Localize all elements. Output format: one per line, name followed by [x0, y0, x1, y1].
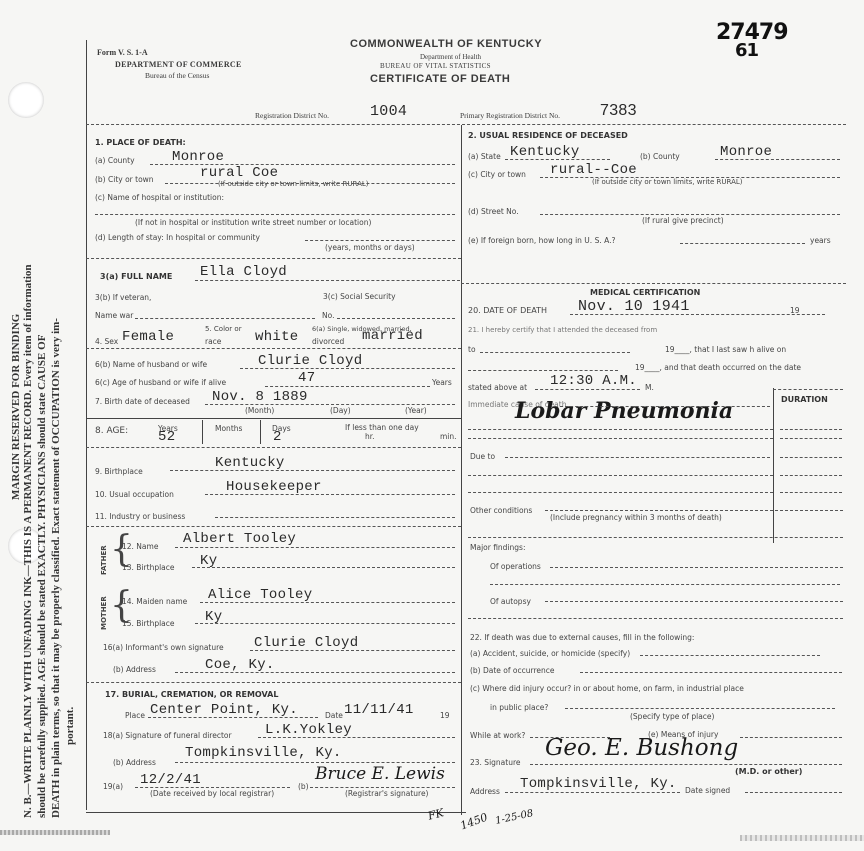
annotation-1450: 1450 [459, 811, 490, 833]
form-id: Form V. S. 1-A [97, 48, 148, 57]
means-line [740, 737, 842, 738]
date-signed-line [745, 792, 842, 793]
margin-note-line-3: DEATH in plain terms, so that it may be … [50, 318, 62, 818]
spouse-age-unit: Years [432, 378, 452, 387]
autopsy-line [545, 601, 843, 602]
informant-addr-label: (b) Address [113, 665, 156, 674]
marital-label-2: divorced [312, 337, 344, 346]
pod-county-line [150, 164, 455, 165]
burial-addr-value[interactable]: Tompkinsville, Ky. [185, 745, 342, 761]
age-hr: hr. [365, 432, 375, 441]
industry-row-rule [86, 526, 461, 527]
age-divider-2 [260, 420, 261, 444]
burial-date-label: Date [325, 711, 343, 720]
birth-date-label: 7. Birth date of deceased [95, 397, 190, 406]
res-city-value[interactable]: rural--Coe [550, 162, 637, 178]
res-street-label: (d) Street No. [468, 207, 519, 216]
spouse-value[interactable]: Clurie Cloyd [258, 353, 362, 369]
pod-hospital-hint: (If not in hospital or institution write… [135, 218, 371, 227]
social-security-label: 3(c) Social Security [323, 292, 396, 301]
autopsy-label: Of autopsy [490, 597, 531, 606]
duration-top-line [773, 389, 843, 390]
duration-line-3 [780, 457, 842, 458]
duration-line-5 [780, 492, 842, 493]
physician-addr-value[interactable]: Tompkinsville, Ky. [520, 776, 677, 792]
certify-line-3-line [468, 370, 618, 371]
registrar-sig-label: (b) [298, 782, 309, 791]
spouse-age-value[interactable]: 47 [298, 370, 315, 386]
informant-rule [86, 682, 461, 683]
birthplace-value[interactable]: Kentucky [215, 455, 285, 471]
age-months-label: Months [215, 424, 242, 433]
dod-label: 20. DATE OF DEATH [468, 306, 547, 315]
burial-place-line [148, 717, 318, 718]
registrar-sig-hint: (Registrar's signature) [345, 789, 428, 798]
sex-value[interactable]: Female [122, 329, 174, 345]
margin-note-line-2: should be carefully supplied. AGE should… [36, 335, 48, 818]
time-line [535, 389, 640, 390]
annotation-fk: FK [427, 806, 446, 823]
physician-addr-line [505, 792, 680, 793]
margin-note-line-4: portant. [64, 707, 76, 745]
father-name-label: 12. Name [122, 542, 158, 551]
form-bottom-border [86, 812, 466, 813]
scan-edge-bottom-left [0, 830, 110, 835]
certify-line-1: 21. I hereby certify that I attended the… [468, 326, 657, 334]
other-conditions-label: Other conditions [470, 506, 532, 515]
res-city-label: (c) City or town [468, 170, 526, 179]
ss-no-line [337, 318, 455, 319]
primary-reg-value[interactable]: 7383 [600, 102, 637, 120]
burial-place-label: Place [125, 711, 145, 720]
marital-value[interactable]: married [362, 328, 423, 344]
file-sub-stamp: 61 [735, 40, 758, 61]
time-value[interactable]: 12:30 A.M. [550, 373, 637, 389]
due-to-line-1 [505, 457, 770, 458]
physician-addr-label: Address [470, 787, 500, 796]
res-state-value[interactable]: Kentucky [510, 144, 580, 160]
cause-line-2 [468, 429, 773, 430]
birth-year-hint: (Year) [405, 406, 427, 415]
pod-city-value[interactable]: rural Coe [200, 165, 278, 181]
other-conditions-line-2 [468, 537, 843, 538]
pod-stay-hint: (years, months or days) [325, 243, 415, 252]
mother-birth-line [195, 623, 455, 624]
duration-line-2 [780, 438, 842, 439]
director-label: 18(a) Signature of funeral director [103, 731, 232, 740]
age-divider-1 [202, 420, 203, 444]
industry-label: 11. Industry or business [95, 512, 185, 521]
operations-line [550, 567, 843, 568]
mother-tag: MOTHER [100, 596, 108, 630]
res-street-line [540, 214, 840, 215]
res-state-line [505, 159, 610, 160]
res-city-hint: (If outside city or town limits, write R… [592, 178, 743, 186]
veteran-label: 3(b) If veteran, [95, 293, 151, 302]
duration-line-1 [780, 429, 842, 430]
due-to-line-2 [468, 475, 773, 476]
medical-heading: MEDICAL CERTIFICATION [590, 288, 700, 297]
informant-addr-line [175, 672, 455, 673]
margin-note-line-1: N. B.—WRITE PLAINLY WITH UNFADING INK—TH… [22, 264, 34, 818]
bureau: Bureau of the Census [145, 71, 209, 80]
mother-name-value[interactable]: Alice Tooley [208, 587, 312, 603]
time-suffix: M. [645, 383, 654, 392]
certify-line-3: 19____, and that death occurred on the d… [635, 363, 801, 372]
pod-county-value[interactable]: Monroe [172, 149, 224, 165]
dod-suffix: 19 [790, 306, 800, 315]
time-label: stated above at [468, 383, 527, 392]
age-years-value[interactable]: 52 [158, 429, 175, 445]
birth-day-hint: (Day) [330, 406, 351, 415]
cause-line-3 [468, 438, 773, 439]
certify-to: to [468, 345, 476, 354]
form-middle-divider [461, 125, 462, 815]
scan-edge-bottom-right [740, 835, 864, 841]
physician-sig-line [530, 764, 842, 765]
findings-label: Major findings: [470, 543, 525, 552]
cause-line-1 [560, 406, 770, 407]
certify-to-line [480, 352, 630, 353]
form-left-border [86, 40, 87, 810]
informant-sig-label: 16(a) Informant's own signature [103, 643, 224, 652]
burial-year-suffix: 19 [440, 711, 450, 720]
department: DEPARTMENT OF COMMERCE [115, 60, 242, 69]
war-line [135, 318, 315, 319]
res-state-label: (a) State [468, 152, 501, 161]
res-foreign-unit: years [810, 236, 831, 245]
md-hint: (M.D. or other) [735, 767, 802, 776]
spouse-line [240, 368, 455, 369]
residence-heading: 2. USUAL RESIDENCE OF DECEASED [468, 131, 628, 140]
annotation-date: 1-25-08 [494, 808, 534, 827]
burial-heading: 17. BURIAL, CREMATION, OR REMOVAL [105, 690, 278, 699]
res-county-line [715, 159, 840, 160]
war-label: Name war [95, 311, 133, 320]
birthplace-label: 9. Birthplace [95, 467, 143, 476]
father-name-value[interactable]: Albert Tooley [183, 531, 296, 547]
father-birth-line [192, 567, 455, 568]
pod-city-line [165, 183, 455, 184]
age-less-day: If less than one day [345, 423, 419, 432]
public-place-label: in public place? [490, 703, 548, 712]
due-to-label: Due to [470, 452, 495, 461]
certify-line-2: 19____, that I last saw h alive on [665, 345, 786, 354]
due-to-line-3 [468, 492, 773, 493]
father-tag: FATHER [100, 545, 108, 575]
occupation-line [205, 494, 455, 495]
mother-birth-label: 15. Birthplace [122, 619, 175, 628]
medical-top-rule [461, 283, 846, 284]
registrar-sig-line [310, 787, 455, 788]
dept-health: Department of Health [420, 53, 481, 61]
burial-addr-line [175, 762, 455, 763]
age-label: 8. AGE: [95, 426, 128, 436]
registrar-date-line [135, 787, 290, 788]
bureau-vital-stats: BUREAU OF VITAL STATISTICS [380, 62, 491, 70]
age-row-rule [86, 447, 461, 448]
duration-label: DURATION [781, 395, 828, 404]
age-days-value[interactable]: 2 [273, 429, 282, 445]
race-label-2: race [205, 337, 221, 346]
res-foreign-label: (e) If foreign born, how long in U. S. A… [468, 236, 615, 245]
duration-divider [773, 388, 774, 543]
dod-line [570, 314, 825, 315]
father-birth-label: 13. Birthplace [122, 563, 175, 572]
birthplace-line [170, 470, 455, 471]
mother-name-line [200, 602, 455, 603]
burial-place-value[interactable]: Center Point, Ky. [150, 702, 298, 718]
director-value[interactable]: L.K.Yokley [265, 722, 352, 738]
birth-date-line [205, 404, 455, 405]
work-label: While at work? [470, 731, 525, 740]
physician-signature[interactable]: Geo. E. Bushong [545, 735, 738, 761]
res-county-value[interactable]: Monroe [720, 144, 772, 160]
informant-sig-value[interactable]: Clurie Cloyd [254, 635, 358, 651]
occurrence-date-line [580, 672, 842, 673]
race-label-1: 5. Color or [205, 325, 242, 333]
pod-city-hint: (If outside city or town limits, write R… [218, 180, 369, 188]
place-of-death-heading: 1. PLACE OF DEATH: [95, 138, 186, 147]
industry-line [215, 517, 455, 518]
section1-rule [86, 258, 461, 259]
pod-stay-line [305, 240, 455, 241]
sex-row-line [86, 348, 461, 349]
occupation-label: 10. Usual occupation [95, 490, 174, 499]
header-rule [86, 124, 846, 125]
public-place-line [565, 708, 835, 709]
state-heading: COMMONWEALTH OF KENTUCKY [350, 38, 542, 50]
full-name-line [195, 280, 460, 281]
ss-no-label: No. [322, 311, 334, 320]
full-name-value[interactable]: Ella Cloyd [200, 264, 287, 280]
burial-addr-label: (b) Address [113, 758, 156, 767]
race-value[interactable]: white [255, 329, 299, 345]
father-name-line [175, 547, 455, 548]
registrar-label: 19(a) [103, 782, 123, 791]
accident-label: (a) Accident, suicide, or homicide (spec… [470, 649, 630, 658]
informant-addr-value[interactable]: Coe, Ky. [205, 657, 275, 673]
registrar-signature[interactable]: Bruce E. Lewis [315, 764, 445, 784]
pod-stay-label: (d) Length of stay: In hospital or commu… [95, 233, 260, 242]
cause-value[interactable]: Lobar Pneumonia [515, 398, 733, 424]
pod-county-label: (a) County [95, 156, 135, 165]
reg-district-label: Registration District No. [255, 111, 329, 120]
registrar-date-value[interactable]: 12/2/41 [140, 772, 201, 788]
other-conditions-hint: (Include pregnancy within 3 months of de… [550, 513, 722, 522]
operations-line-2 [490, 584, 840, 585]
certificate-title: CERTIFICATE OF DEATH [370, 73, 510, 85]
birth-date-value[interactable]: Nov. 8 1889 [212, 389, 308, 405]
sex-label: 4. Sex [95, 337, 118, 346]
primary-reg-label: Primary Registration District No. [460, 111, 560, 120]
res-foreign-line [680, 243, 805, 244]
external-heading: 22. If death was due to external causes,… [470, 633, 694, 642]
punch-hole-top [8, 82, 44, 118]
occupation-value[interactable]: Housekeeper [226, 479, 322, 495]
autopsy-line-2 [468, 618, 843, 619]
occurrence-date-label: (b) Date of occurrence [470, 666, 555, 675]
burial-date-value[interactable]: 11/11/41 [344, 702, 414, 718]
operations-label: Of operations [490, 562, 541, 571]
other-conditions-line [545, 510, 843, 511]
res-street-hint: (If rural give precinct) [642, 216, 724, 225]
pod-hospital-line [95, 214, 455, 215]
date-signed-label: Date signed [685, 786, 730, 795]
mother-name-label: 14. Maiden name [122, 597, 187, 606]
full-name-label: 3(a) FULL NAME [100, 272, 172, 281]
registrar-date-hint: (Date received by local registrar) [150, 789, 274, 798]
reg-district-value[interactable]: 1004 [370, 103, 407, 120]
margin-binding-text: MARGIN RESERVED FOR BINDING [10, 314, 22, 500]
physician-sig-label: 23. Signature [470, 758, 521, 767]
director-line [258, 737, 455, 738]
pod-hospital-label: (c) Name of hospital or institution: [95, 193, 224, 202]
informant-sig-line [250, 650, 455, 651]
accident-line [640, 655, 820, 656]
pod-city-label: (b) City or town [95, 175, 154, 184]
birth-month-hint: (Month) [245, 406, 274, 415]
birth-row-rule [86, 418, 461, 419]
dod-value[interactable]: Nov. 10 1941 [578, 298, 690, 315]
where-label: (c) Where did injury occur? in or about … [470, 684, 744, 693]
res-county-label: (b) County [640, 152, 680, 161]
age-min: min. [440, 432, 457, 441]
spouse-label: 6(b) Name of husband or wife [95, 360, 207, 369]
duration-line-4 [780, 475, 842, 476]
specify-hint: (Specify type of place) [630, 712, 714, 721]
spouse-age-line [265, 386, 430, 387]
spouse-age-label: 6(c) Age of husband or wife if alive [95, 378, 226, 387]
